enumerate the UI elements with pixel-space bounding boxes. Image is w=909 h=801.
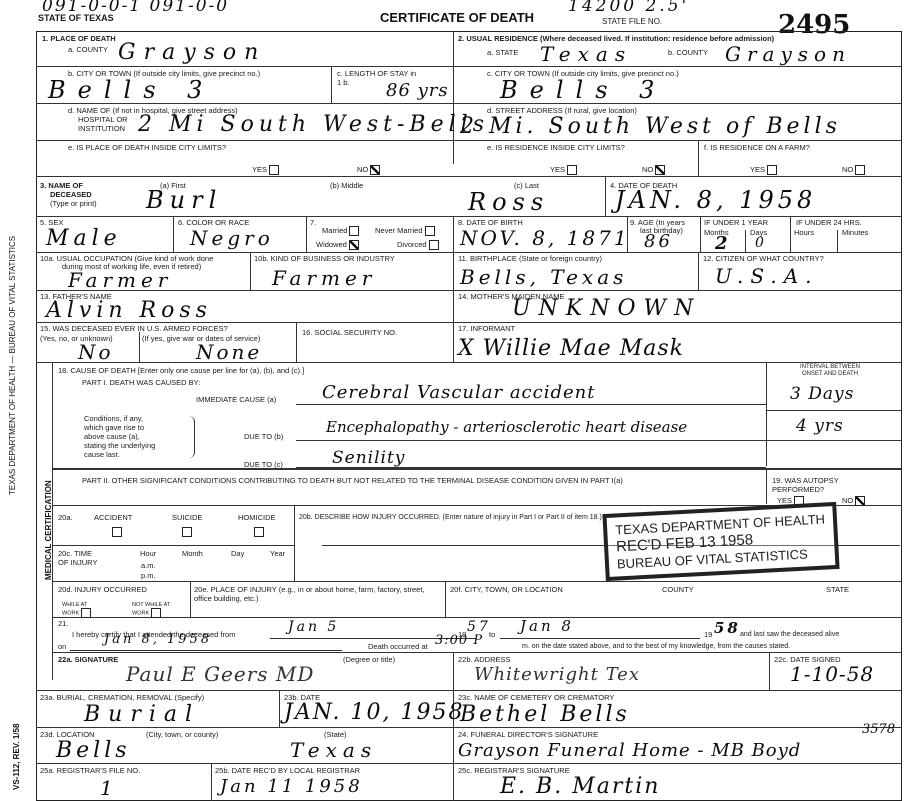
name-label-1: 3. NAME OF xyxy=(40,181,83,190)
hospital-label-3: INSTITUTION xyxy=(78,124,125,133)
year-label: Year xyxy=(270,549,285,558)
department-vertical-label: TEXAS DEPARTMENT OF HEALTH — BUREAU OF V… xyxy=(8,236,17,495)
mother-value: UNKNOWN xyxy=(512,296,701,321)
registrar-date-label: 25b. DATE REC'D BY LOCAL REGISTRAR xyxy=(215,766,360,775)
res-city-value: Bells 3 xyxy=(500,76,666,104)
death-inside-city-yes[interactable]: YES xyxy=(252,165,279,175)
registrar-file-value: 1 xyxy=(100,776,116,800)
injury-county-label: COUNTY xyxy=(662,585,694,594)
length-of-stay-value: 86 yrs xyxy=(386,80,449,101)
interval-b-value: 4 yrs xyxy=(796,416,844,436)
received-stamp: TEXAS DEPARTMENT OF HEALTH REC'D FEB 13 … xyxy=(602,502,839,581)
father-value: Alvin Ross xyxy=(46,298,212,323)
cert-number: 21. xyxy=(58,619,68,628)
due-to-c-value: Senility xyxy=(332,448,405,468)
occupation-value: Farmer xyxy=(68,268,172,292)
business-label: 10b. KIND OF BUSINESS OR INDUSTRY xyxy=(254,254,395,263)
interval-label: INTERVAL BETWEEN ONSET AND DEATH xyxy=(790,364,870,378)
res-inside-city-label: e. IS RESIDENCE INSIDE CITY LIMITS? xyxy=(487,143,625,152)
location-sub-label: (City, town, or county) xyxy=(146,730,218,739)
signature-label: 22a. SIGNATURE xyxy=(58,655,118,664)
death-at-label: Death occurred at xyxy=(368,642,428,651)
citizen-value: U.S.A. xyxy=(715,264,819,288)
degree-label: (Degree or title) xyxy=(343,655,395,664)
physician-signature: Paul E Geers MD xyxy=(126,662,314,686)
res-county-label: b. COUNTY xyxy=(668,48,708,57)
funeral-director-no: 3578 xyxy=(862,722,895,737)
cemetery-value: Bethel Bells xyxy=(460,702,630,727)
address-label: 22b. ADDRESS xyxy=(458,655,511,664)
registrar-signature-value: E. B. Martin xyxy=(500,774,660,799)
due-to-c-label: DUE TO (c) xyxy=(244,460,283,469)
autopsy-label: 19. WAS AUTOPSY PERFORMED? xyxy=(772,476,882,494)
res-farm-yes[interactable]: YES xyxy=(750,165,777,175)
res-street-value: 2 Mi. South West of Bells xyxy=(460,114,841,139)
res-state-label: a. STATE xyxy=(487,48,518,57)
part2-label: PART II. OTHER SIGNIFICANT CONDITIONS CO… xyxy=(82,476,623,485)
armed-forces-label: 15. WAS DECEASED EVER IN U.S. ARMED FORC… xyxy=(40,324,228,333)
hours-label: Hours xyxy=(794,228,814,237)
attended-from-value: Jan 5 xyxy=(288,619,339,635)
death-city-value: Bells 3 xyxy=(48,76,214,104)
suicide-option[interactable]: SUICIDE xyxy=(172,513,202,537)
conditions-note: Conditions, if any, which gave rise to a… xyxy=(84,414,164,459)
year-to-value: 58 xyxy=(714,619,741,637)
describe-injury-label: 20b. DESCRIBE HOW INJURY OCCURRED. (Ente… xyxy=(299,513,602,522)
res-farm-label: f. IS RESIDENCE ON A FARM? xyxy=(704,143,810,152)
place-of-injury-label: 20e. PLACE OF INJURY (e.g., in or about … xyxy=(194,585,442,603)
first-name-value: Burl xyxy=(146,186,222,214)
on-label: on xyxy=(58,642,66,651)
location-value: Bells xyxy=(56,738,131,763)
last-name-value: Ross xyxy=(468,188,549,216)
months-value: 2 xyxy=(715,233,731,254)
minutes-label: Minutes xyxy=(842,228,868,237)
checkbox-res-farm-no xyxy=(855,165,865,175)
checkbox-suicide xyxy=(182,527,192,537)
marital-never-married[interactable]: Never Married xyxy=(375,226,435,236)
top-codes-right: 14200 2.5' xyxy=(568,0,689,16)
marital-married[interactable]: Married xyxy=(322,226,359,236)
year-to-prefix: 19 xyxy=(704,630,712,639)
state-file-label: STATE FILE NO. xyxy=(602,17,662,26)
burial-date-value: JAN. 10, 1958 xyxy=(284,700,465,725)
disposition-value: Burial xyxy=(84,702,200,727)
homicide-option[interactable]: HOMICIDE xyxy=(238,513,276,537)
funeral-director-value: Grayson Funeral Home - MB Boyd xyxy=(458,740,801,761)
registrar-file-label: 25a. REGISTRAR'S FILE NO. xyxy=(40,766,140,775)
business-value: Farmer xyxy=(272,266,376,290)
accident-option[interactable]: ACCIDENT xyxy=(94,513,132,537)
hospital-label-2: HOSPITAL OR xyxy=(78,115,128,124)
location-state-value: Texas xyxy=(290,738,377,762)
armed-forces-value: No xyxy=(78,340,114,364)
middle-name-label: (b) Middle xyxy=(330,181,363,190)
marital-divorced[interactable]: Divorced xyxy=(397,240,439,250)
hour-label: Hour xyxy=(140,549,156,558)
cert-text-2: and last saw the deceased alive xyxy=(740,630,839,639)
checkbox-not-at-work xyxy=(151,608,161,618)
interval-a-value: 3 Days xyxy=(790,384,854,404)
birthplace-value: Bells, Texas xyxy=(460,265,627,289)
checkbox-widowed xyxy=(349,240,359,250)
checkbox-res-inside-city-yes xyxy=(567,165,577,175)
certificate-title: CERTIFICATE OF DEATH xyxy=(380,10,534,25)
checkbox-never-married xyxy=(425,226,435,236)
dob-value: NOV. 8, 1871 xyxy=(460,226,630,250)
checkbox-homicide xyxy=(254,527,264,537)
month-label: Month xyxy=(182,549,203,558)
armed-service-value: None xyxy=(196,340,262,364)
name-label-2: DECEASED xyxy=(50,190,92,199)
checkbox-at-work xyxy=(81,608,91,618)
marital-label: 7. xyxy=(310,218,316,227)
res-state-value: Texas xyxy=(540,42,632,66)
checkbox-accident xyxy=(112,527,122,537)
birthplace-label: 11. BIRTHPLACE (State or foreign country… xyxy=(458,254,602,263)
checkbox-autopsy-no xyxy=(855,496,865,506)
death-at-value: 3:00 P xyxy=(435,633,483,648)
sex-value: Male xyxy=(46,226,122,251)
informant-label: 17. INFORMANT xyxy=(458,324,515,333)
age-value: 86 xyxy=(644,231,673,252)
physician-address: Whitewright Tex xyxy=(474,664,640,685)
funeral-director-label: 24. FUNERAL DIRECTOR'S SIGNATURE xyxy=(458,730,598,739)
injury-state-label: STATE xyxy=(826,585,849,594)
race-value: Negro xyxy=(190,226,274,250)
not-at-work-option[interactable]: NOT WHILE AT WORK xyxy=(132,602,184,618)
days-value: 0 xyxy=(755,235,767,251)
date-signed-value: 1-10-58 xyxy=(790,662,874,686)
pm-label: p.m. xyxy=(141,571,156,580)
informant-value: X Willie Mae Mask xyxy=(458,336,684,361)
injury-city-label: 20f. CITY, TOWN, OR LOCATION xyxy=(450,585,563,594)
marital-widowed[interactable]: Widowed xyxy=(316,240,359,250)
death-inside-city-no[interactable]: NO xyxy=(357,165,380,175)
res-inside-city-no[interactable]: NO xyxy=(642,165,665,175)
injury-type-label: 20a. xyxy=(58,513,73,522)
res-inside-city-yes[interactable]: YES xyxy=(550,165,577,175)
checkbox-death-inside-city-no xyxy=(370,165,380,175)
am-label: a.m. xyxy=(141,561,156,570)
immediate-cause-value: Cerebral Vascular accident xyxy=(322,382,595,403)
immediate-cause-label: IMMEDIATE CAUSE (a) xyxy=(196,395,276,404)
checkbox-married xyxy=(349,226,359,236)
date-of-death-value: JAN. 8, 1958 xyxy=(615,186,816,214)
res-farm-no[interactable]: NO xyxy=(842,165,865,175)
due-to-b-value: Encephalopathy - arteriosclerotic heart … xyxy=(326,418,687,436)
injury-occurred-label: 20d. INJURY OCCURRED xyxy=(58,585,147,594)
state-label: STATE OF TEXAS xyxy=(38,14,114,23)
checkbox-divorced xyxy=(429,240,439,250)
last-seen-value: Jan 8, 1958 xyxy=(104,632,212,647)
checkbox-res-farm-yes xyxy=(767,165,777,175)
cause-section-label: 18. CAUSE OF DEATH [Enter only one cause… xyxy=(58,366,304,375)
autopsy-no[interactable]: NO xyxy=(842,496,865,506)
at-work-option[interactable]: WHILE AT WORK xyxy=(62,602,104,618)
time-of-injury-label: 20c. TIME OF INJURY xyxy=(58,549,102,567)
day-label: Day xyxy=(231,549,244,558)
form-code-label: VS-112, REV. 1/58 xyxy=(12,724,21,790)
res-county-value: Grayson xyxy=(725,42,851,66)
death-inside-city-label: e. IS PLACE OF DEATH INSIDE CITY LIMITS? xyxy=(68,143,226,152)
checkbox-death-inside-city-yes xyxy=(269,165,279,175)
ssn-label: 16. SOCIAL SECURITY NO. xyxy=(302,328,397,337)
cemetery-label: 23c. NAME OF CEMETERY OR CREMATORY xyxy=(458,693,614,702)
under-year-label: IF UNDER 1 YEAR xyxy=(704,218,768,227)
attended-to-value: Jan 8 xyxy=(520,617,574,635)
place-of-death-label: 1. PLACE OF DEATH xyxy=(42,34,116,43)
checkbox-res-inside-city-no xyxy=(655,165,665,175)
death-county-label: a. COUNTY xyxy=(68,45,108,54)
part1-label: PART I. DEATH WAS CAUSED BY: xyxy=(82,378,200,387)
to-label: to xyxy=(489,630,495,639)
cert-text-3: m. on the date stated above, and to the … xyxy=(522,642,790,651)
disposition-label: 23a. BURIAL, CREMATION, REMOVAL (Specify… xyxy=(40,693,204,702)
citizen-label: 12. CITIZEN OF WHAT COUNTRY? xyxy=(703,254,824,263)
registrar-date-value: Jan 11 1958 xyxy=(220,776,363,797)
hospital-value: 2 Mi South West-Bells xyxy=(138,112,489,137)
death-county-value: Grayson xyxy=(118,40,266,65)
under-24-label: IF UNDER 24 HRS. xyxy=(796,218,862,227)
name-label-3: (Type or print) xyxy=(50,199,97,208)
due-to-b-label: DUE TO (b) xyxy=(244,432,283,441)
